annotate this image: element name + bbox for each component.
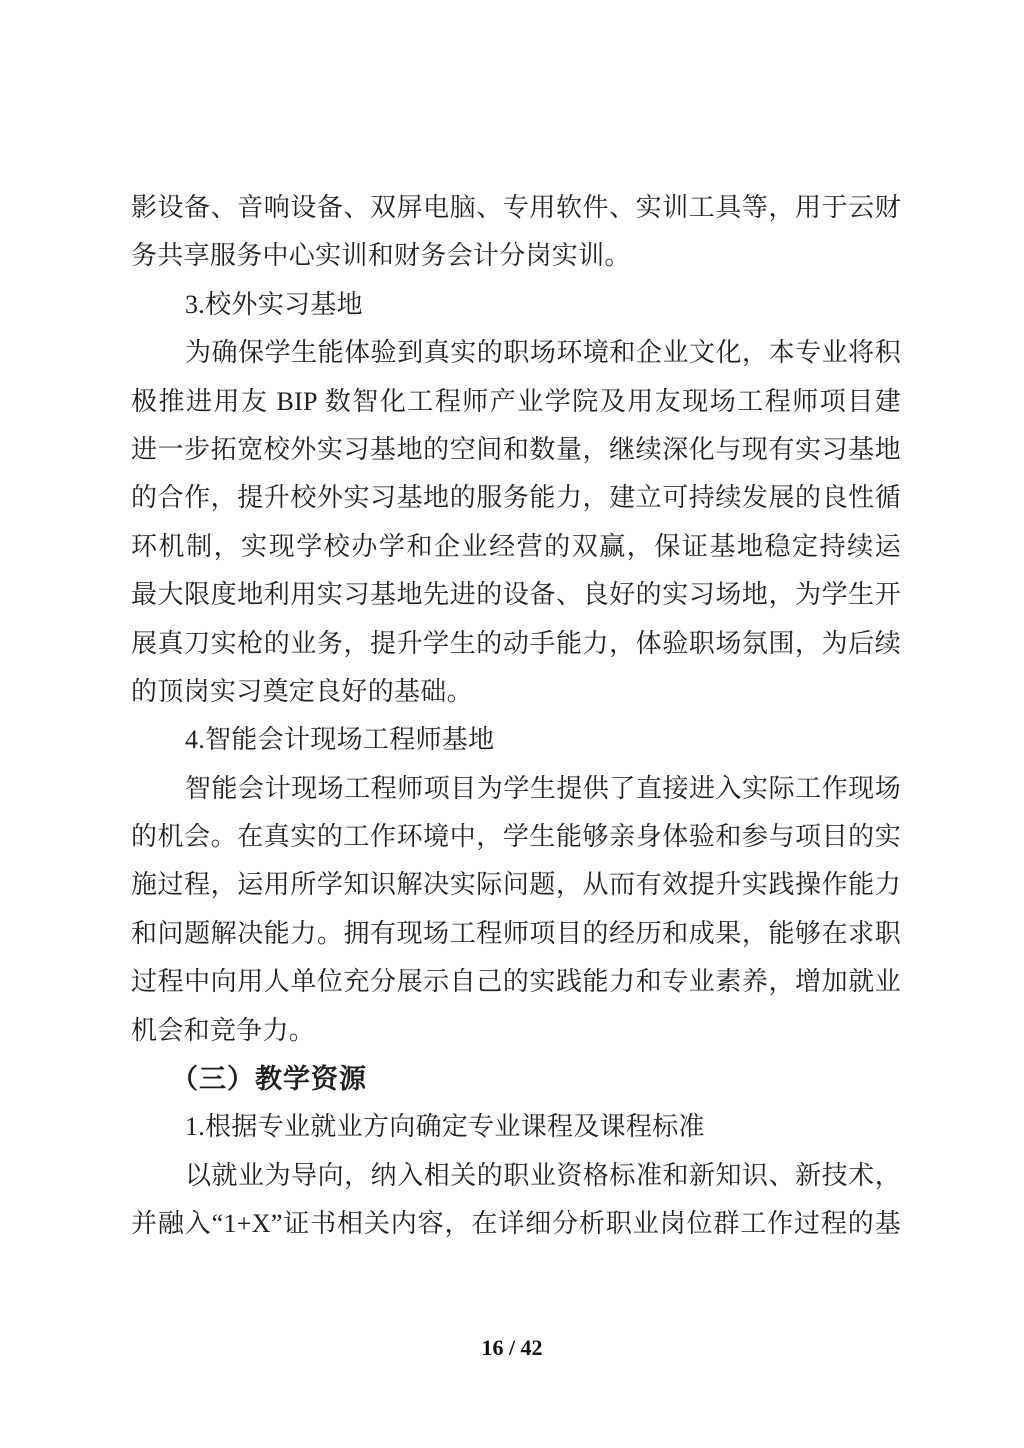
text-line: 极推进用友 BIP 数智化工程师产业学院及用友现场工程师项目建设， bbox=[131, 378, 901, 426]
text-line: 环机制，实现学校办学和企业经营的双赢，保证基地稳定持续运行。 bbox=[131, 523, 901, 571]
text-line: 最大限度地利用实习基地先进的设备、良好的实习场地，为学生开 bbox=[131, 571, 901, 619]
text-line: 智能会计现场工程师项目为学生提供了直接进入实际工作现场 bbox=[131, 765, 901, 813]
text-line: 过程中向用人单位充分展示自己的实践能力和专业素养，增加就业 bbox=[131, 958, 901, 1006]
document-body: 影设备、音响设备、双屏电脑、专用软件、实训工具等，用于云财 务共享服务中心实训和… bbox=[131, 184, 901, 1249]
text-line: 的合作，提升校外实习基地的服务能力，建立可持续发展的良性循 bbox=[131, 474, 901, 522]
text-line: 以就业为导向，纳入相关的职业资格标准和新知识、新技术， bbox=[131, 1152, 901, 1200]
subsection-title: 4.智能会计现场工程师基地 bbox=[131, 716, 901, 764]
subsection-title: 1.根据专业就业方向确定专业课程及课程标准 bbox=[131, 1103, 901, 1151]
text-line: 和问题解决能力。拥有现场工程师项目的经历和成果，能够在求职 bbox=[131, 910, 901, 958]
text-line: 影设备、音响设备、双屏电脑、专用软件、实训工具等，用于云财 bbox=[131, 184, 901, 232]
section-heading: （三）教学资源 bbox=[131, 1055, 901, 1103]
text-line: 进一步拓宽校外实习基地的空间和数量，继续深化与现有实习基地 bbox=[131, 426, 901, 474]
text-line: 并融入“1+X”证书相关内容，在详细分析职业岗位群工作过程的基 bbox=[131, 1200, 901, 1248]
text-line: 的顶岗实习奠定良好的基础。 bbox=[131, 668, 901, 716]
text-line: 的机会。在真实的工作环境中，学生能够亲身体验和参与项目的实 bbox=[131, 813, 901, 861]
page-number: 16 / 42 bbox=[481, 1335, 542, 1360]
text-line: 为确保学生能体验到真实的职场环境和企业文化，本专业将积 bbox=[131, 329, 901, 377]
text-line: 机会和竞争力。 bbox=[131, 1007, 901, 1055]
document-page: 影设备、音响设备、双屏电脑、专用软件、实训工具等，用于云财 务共享服务中心实训和… bbox=[0, 0, 1024, 1448]
text-line: 施过程，运用所学知识解决实际问题，从而有效提升实践操作能力 bbox=[131, 861, 901, 909]
subsection-title: 3.校外实习基地 bbox=[131, 281, 901, 329]
page-footer: 16 / 42 bbox=[0, 1330, 1024, 1366]
text-line: 展真刀实枪的业务，提升学生的动手能力，体验职场氛围，为后续 bbox=[131, 620, 901, 668]
text-line: 务共享服务中心实训和财务会计分岗实训。 bbox=[131, 232, 901, 280]
